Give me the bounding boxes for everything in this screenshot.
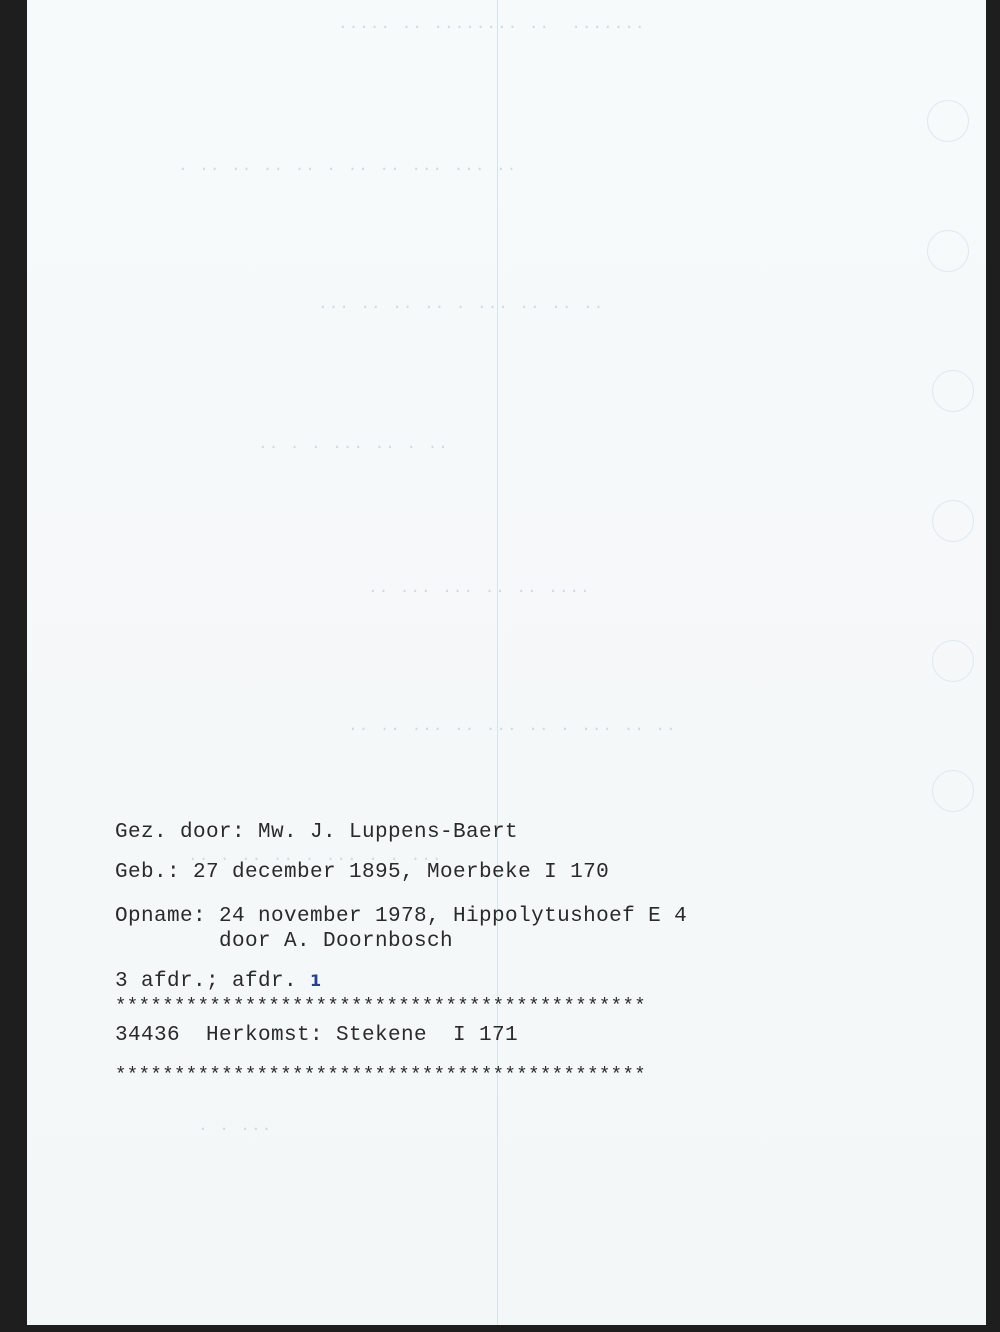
bleed-through-mark: [932, 370, 974, 412]
handwritten-section-number: 1: [310, 971, 322, 990]
origin-line: 34436 Herkomst: Stekene I 171: [115, 1024, 518, 1047]
bleed-through-mark: [927, 230, 969, 272]
bleed-through-mark: [927, 100, 969, 142]
recorder-line: Gez. door: Mw. J. Luppens-Baert: [115, 821, 518, 844]
recording-line: Opname: 24 november 1978, Hippolytushoef…: [115, 905, 687, 928]
bleed-through-text: ··· · ·: [197, 1120, 271, 1138]
bleed-through-mark: [932, 500, 974, 542]
birth-line: Geb.: 27 december 1895, Moerbeke I 170: [115, 861, 609, 884]
bleed-through-text: ······· ·· ········ ·· ·····: [337, 18, 644, 36]
separator-top: ****************************************…: [115, 995, 646, 1017]
bleed-through-mark: [932, 640, 974, 682]
sections-text: 3 afdr.; afdr.: [115, 970, 310, 993]
fold-line: [497, 0, 498, 1325]
bleed-through-text: ·· ·· ·· ··· · ·· ·· ·· ···: [317, 298, 603, 316]
bleed-through-text: ···· ·· ·· ··· ··· ··: [367, 582, 590, 600]
bleed-through-text: ·· ··· ··· ·· ·· · ·· ·· ·· ·· ·: [177, 160, 516, 178]
separator-bottom: ****************************************…: [115, 1064, 646, 1086]
bleed-through-text: ·· ·· ··· · ·· ··· ·· ··· ·· ··: [347, 720, 676, 738]
sections-line: 3 afdr.; afdr. 1: [115, 970, 322, 993]
bleed-through-mark: [932, 770, 974, 812]
scanned-page: ······· ·· ········ ·· ····· ·· ··· ··· …: [27, 0, 986, 1325]
recorded-by-line: door A. Doornbosch: [115, 930, 453, 953]
bleed-through-text: ·· · ·· ··· · · ··: [257, 438, 448, 456]
